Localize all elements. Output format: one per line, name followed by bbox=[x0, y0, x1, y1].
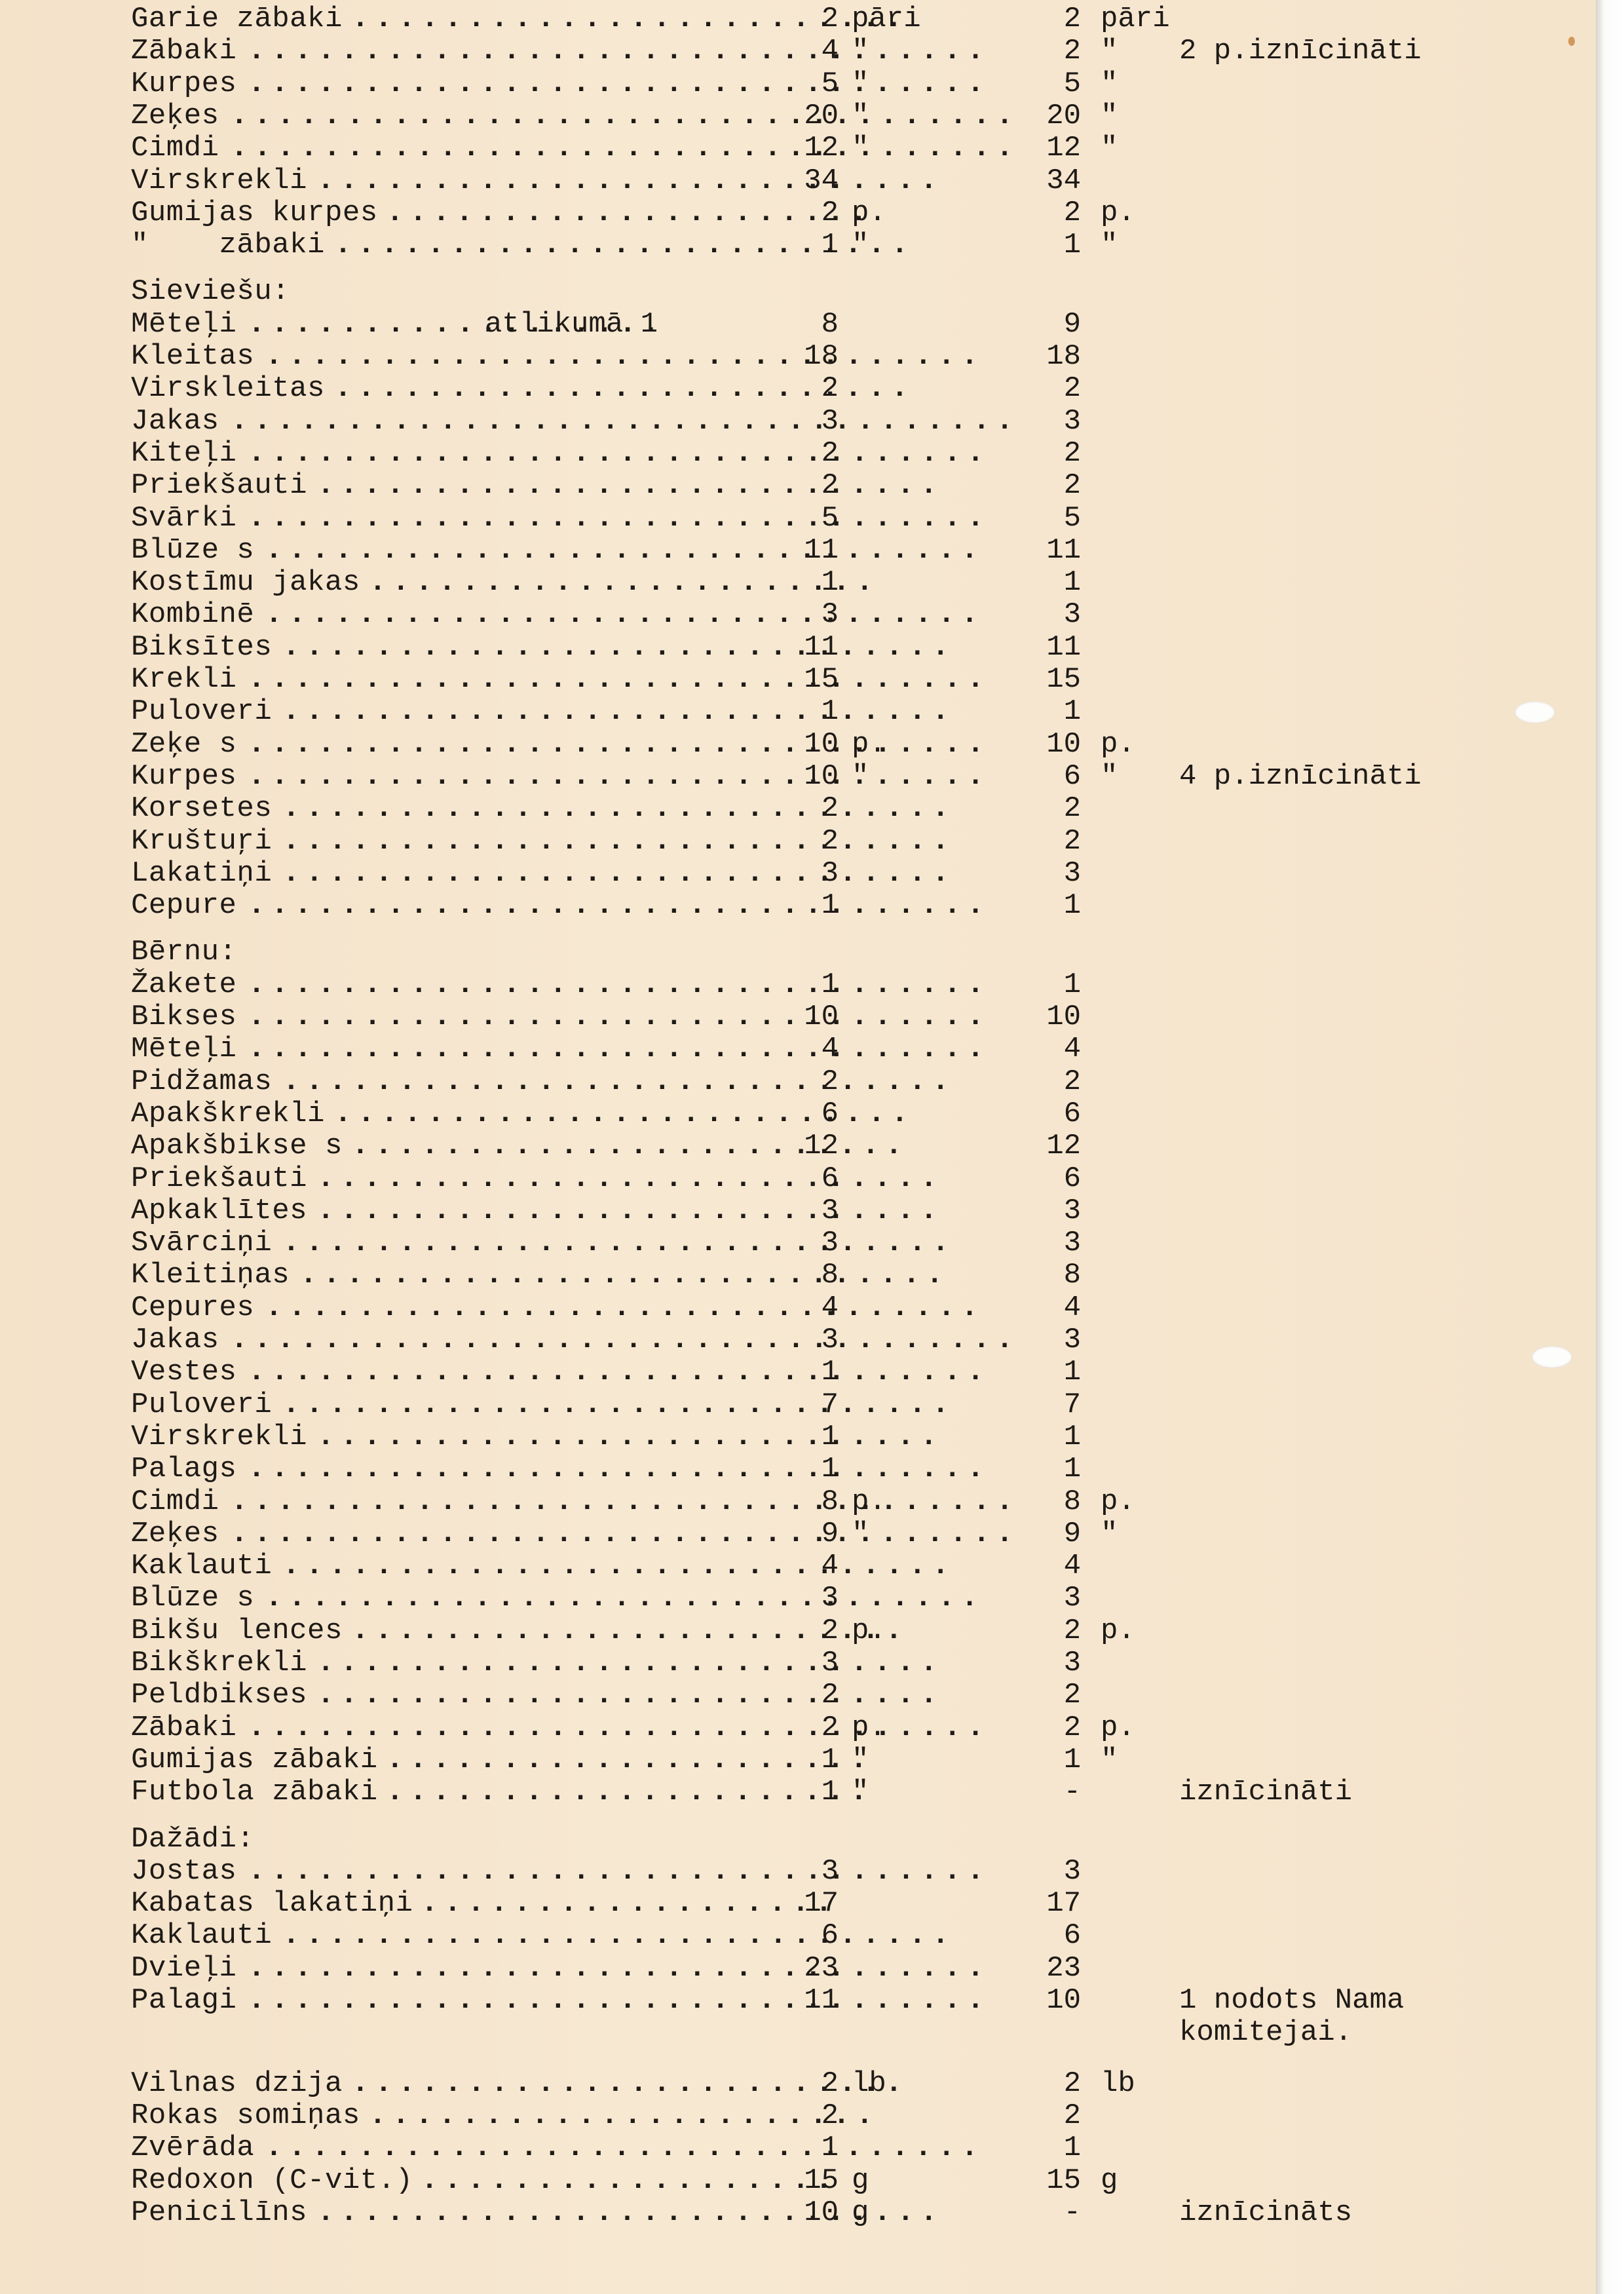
inventory-row: Puloveri.............................11 bbox=[0, 695, 1596, 728]
item-name: Biksītes bbox=[131, 631, 272, 664]
inventory-row: Kurpes................................10… bbox=[0, 760, 1596, 793]
item-name: Kurpes bbox=[131, 67, 236, 100]
remark-continuation: komitejai. bbox=[0, 2016, 1596, 2049]
qty-before: 1 bbox=[760, 1356, 839, 1388]
inventory-row: Puloveri.............................77 bbox=[0, 1388, 1596, 1421]
dot-leader: ........................... bbox=[317, 469, 943, 502]
item-name: Jakas bbox=[131, 405, 219, 438]
item-name: Lakatiņi bbox=[131, 857, 272, 890]
item-name: Mēteļi bbox=[131, 308, 236, 341]
qty-after: 8 bbox=[1002, 1259, 1081, 1291]
dot-leader: .................................. bbox=[231, 100, 1019, 132]
qty-after: 12 bbox=[1002, 1130, 1081, 1162]
item-name: Gumijas kurpes bbox=[131, 197, 378, 229]
item-name: Puloveri bbox=[131, 695, 272, 728]
item-name: Bikšu lences bbox=[131, 1615, 343, 1647]
inventory-row: Bikšu lences........................2p.2… bbox=[0, 1615, 1596, 1647]
unit-before: " bbox=[852, 1776, 869, 1808]
unit-after: " bbox=[1101, 760, 1118, 793]
qty-before: 18 bbox=[760, 340, 839, 373]
inventory-row: Biksītes.............................111… bbox=[0, 631, 1596, 664]
qty-after: 2 bbox=[1002, 3, 1081, 35]
unit-after: " bbox=[1101, 67, 1118, 100]
inventory-row: Korsetes.............................22 bbox=[0, 792, 1596, 825]
dot-leader: ................................ bbox=[248, 1855, 990, 1888]
dot-leader: ............................. bbox=[282, 1227, 955, 1259]
dot-leader: .................. bbox=[248, 308, 665, 341]
qty-after: 2 bbox=[1002, 35, 1081, 67]
qty-after: 1 bbox=[1002, 2132, 1081, 2164]
qty-after: 5 bbox=[1002, 67, 1081, 100]
item-name: Bikses bbox=[131, 1001, 236, 1033]
item-name: Virskrekli bbox=[131, 1421, 307, 1453]
item-name: Zābaki bbox=[131, 1711, 236, 1744]
qty-after: 7 bbox=[1002, 1388, 1081, 1421]
item-name: Redoxon (C-vit.) bbox=[131, 2164, 413, 2197]
qty-before: 6 bbox=[760, 1919, 839, 1952]
unit-before: lb bbox=[852, 2067, 886, 2100]
qty-before: 3 bbox=[760, 405, 839, 438]
dot-leader: .................................. bbox=[231, 1518, 1019, 1550]
inventory-row: Žakete................................11 bbox=[0, 968, 1596, 1001]
item-name: Apkaklītes bbox=[131, 1195, 307, 1227]
qty-before: 2 bbox=[760, 197, 839, 229]
dot-leader: ............................. bbox=[282, 1065, 955, 1098]
item-name: Virskrekli bbox=[131, 164, 307, 197]
unit-before: p. bbox=[852, 197, 886, 229]
qty-after: 17 bbox=[1002, 1887, 1081, 1920]
remark: 4 p.iznīcināti bbox=[1179, 760, 1422, 793]
item-name: Zeķes bbox=[131, 100, 219, 132]
item-name: Bikškrekli bbox=[131, 1647, 307, 1679]
item-name: Krekli bbox=[131, 663, 236, 696]
item-name: Vilnas dzija bbox=[131, 2067, 343, 2100]
dot-leader: ............................. bbox=[282, 1550, 955, 1582]
qty-before: 3 bbox=[760, 1195, 839, 1227]
unit-before: p. bbox=[852, 1711, 886, 1744]
qty-after: 20 bbox=[1002, 100, 1081, 132]
section-heading: Bērnu: bbox=[0, 936, 1596, 968]
inventory-row: Kaklauti.............................66 bbox=[0, 1919, 1596, 1952]
item-name: Apakšbikse s bbox=[131, 1130, 343, 1162]
dot-leader: ................................ bbox=[248, 889, 990, 922]
qty-before: 2 bbox=[760, 3, 839, 35]
qty-after: 4 bbox=[1002, 1033, 1081, 1065]
item-name: Kleitiņas bbox=[131, 1259, 290, 1291]
qty-after: 2 bbox=[1002, 1679, 1081, 1711]
qty-before: 10 bbox=[760, 760, 839, 793]
qty-before: 1 bbox=[760, 1453, 839, 1485]
qty-after: 1 bbox=[1002, 695, 1081, 728]
item-name: Mēteļi bbox=[131, 1033, 236, 1065]
qty-before: 5 bbox=[760, 502, 839, 535]
qty-after: 2 bbox=[1002, 2067, 1081, 2100]
item-name: Zvērāda bbox=[131, 2132, 254, 2164]
dot-leader: ................................ bbox=[248, 502, 990, 535]
qty-before: 3 bbox=[760, 1855, 839, 1888]
unit-before: " bbox=[852, 760, 869, 793]
inventory-row: Bikses................................10… bbox=[0, 1001, 1596, 1033]
qty-after: 2 bbox=[1002, 2099, 1081, 2132]
qty-before: 1 bbox=[760, 968, 839, 1001]
qty-before: 2 bbox=[760, 2099, 839, 2132]
item-name: Vestes bbox=[131, 1356, 236, 1388]
qty-before: 23 bbox=[760, 1952, 839, 1985]
item-name: Kaklauti bbox=[131, 1550, 272, 1582]
dot-leader: ........................... bbox=[317, 1647, 943, 1679]
qty-before: 1 bbox=[760, 1744, 839, 1776]
inventory-row: Vilnas dzija........................2lb2… bbox=[0, 2067, 1596, 2100]
inventory-row: Kiteļi................................22 bbox=[0, 437, 1596, 470]
qty-before: 5 bbox=[760, 67, 839, 100]
qty-after: 10 bbox=[1002, 1984, 1081, 2017]
remark: 2 p.iznīcināti bbox=[1179, 35, 1422, 67]
qty-after: - bbox=[1002, 2196, 1081, 2229]
qty-before: 20 bbox=[760, 100, 839, 132]
item-name: Apakškrekli bbox=[131, 1098, 325, 1130]
inventory-row: Apkaklītes...........................33 bbox=[0, 1195, 1596, 1227]
qty-before: 1 bbox=[760, 695, 839, 728]
inventory-row: Kurpes................................5"… bbox=[0, 67, 1596, 100]
qty-after: 11 bbox=[1002, 534, 1081, 567]
inventory-row: Peldbikses...........................22 bbox=[0, 1679, 1596, 1711]
item-name: Kurpes bbox=[131, 760, 236, 793]
qty-after: 1 bbox=[1002, 889, 1081, 922]
unit-after: " bbox=[1101, 1518, 1118, 1550]
dot-leader: ................................ bbox=[248, 968, 990, 1001]
dot-leader: ........................... bbox=[317, 2196, 943, 2229]
qty-before: 10 bbox=[760, 728, 839, 761]
dot-leader: ............................. bbox=[282, 1388, 955, 1421]
item-name: Peldbikses bbox=[131, 1679, 307, 1711]
qty-after: 1 bbox=[1002, 1744, 1081, 1776]
item-name: Svārki bbox=[131, 502, 236, 535]
qty-after: 23 bbox=[1002, 1952, 1081, 1985]
qty-after: 3 bbox=[1002, 1855, 1081, 1888]
qty-before: 1 bbox=[760, 1421, 839, 1453]
unit-after: " bbox=[1101, 35, 1118, 67]
qty-before: 1 bbox=[760, 889, 839, 922]
unit-after: g bbox=[1101, 2164, 1118, 2197]
qty-before: 2 bbox=[760, 1679, 839, 1711]
item-name: Kruštuŗi bbox=[131, 825, 272, 858]
dot-leader: ............................. bbox=[282, 631, 955, 664]
item-name: Kaklauti bbox=[131, 1919, 272, 1952]
qty-after: - bbox=[1002, 1776, 1081, 1808]
item-name: Futbola zābaki bbox=[131, 1776, 378, 1808]
item-name: Garie zābaki bbox=[131, 3, 343, 35]
dot-leader: ................................ bbox=[248, 67, 990, 100]
inventory-row: Zvērāda...............................11 bbox=[0, 2132, 1596, 2164]
qty-after: 6 bbox=[1002, 1919, 1081, 1952]
qty-before: 12 bbox=[760, 1130, 839, 1162]
qty-after: 15 bbox=[1002, 663, 1081, 696]
qty-before: 3 bbox=[760, 857, 839, 890]
dot-leader: ................................ bbox=[248, 760, 990, 793]
qty-before: 3 bbox=[760, 1227, 839, 1259]
item-name: Cepures bbox=[131, 1291, 254, 1324]
dot-leader: ........................... bbox=[317, 1421, 943, 1453]
qty-after: 3 bbox=[1002, 405, 1081, 438]
qty-before: 8 bbox=[760, 1485, 839, 1518]
item-name: Dvieļi bbox=[131, 1952, 236, 1985]
inventory-row: Virskrekli...........................11 bbox=[0, 1421, 1596, 1453]
qty-after: 2 bbox=[1002, 1065, 1081, 1098]
item-name: Priekšauti bbox=[131, 469, 307, 502]
paper-edge bbox=[1596, 0, 1624, 2294]
dot-leader: ................................ bbox=[248, 663, 990, 696]
qty-before: 2 bbox=[760, 1711, 839, 1744]
item-name: Cimdi bbox=[131, 132, 219, 164]
qty-before: 3 bbox=[760, 1582, 839, 1615]
inventory-row: Gumijas zābaki.....................1"1" bbox=[0, 1744, 1596, 1776]
unit-after: p. bbox=[1101, 1485, 1135, 1518]
unit-before: " bbox=[852, 67, 869, 100]
qty-before: 11 bbox=[760, 1984, 839, 2017]
inventory-row: Jostas................................33 bbox=[0, 1855, 1596, 1888]
inventory-row: Zeķes..................................9… bbox=[0, 1518, 1596, 1550]
qty-after: 2 bbox=[1002, 1615, 1081, 1647]
unit-after: " bbox=[1101, 100, 1118, 132]
item-name: Kabatas lakatiņi bbox=[131, 1887, 413, 1920]
qty-before: 1 bbox=[760, 2132, 839, 2164]
item-name: Penicilīns bbox=[131, 2196, 307, 2229]
dot-leader: .................................. bbox=[231, 1324, 1019, 1356]
dot-leader: ............................... bbox=[265, 2132, 985, 2164]
qty-before: 17 bbox=[760, 1887, 839, 1920]
inventory-row: Mēteļi................................44 bbox=[0, 1033, 1596, 1065]
qty-after: 9 bbox=[1002, 1518, 1081, 1550]
qty-before: 1 bbox=[760, 566, 839, 599]
remark: iznīcināts bbox=[1179, 2196, 1352, 2229]
qty-before: 10 bbox=[760, 2196, 839, 2229]
dot-leader: ............................. bbox=[282, 695, 955, 728]
qty-after: 3 bbox=[1002, 1582, 1081, 1615]
qty-after: 1 bbox=[1002, 1421, 1081, 1453]
dot-leader: ............................... bbox=[265, 534, 985, 567]
inventory-row: Jakas..................................3… bbox=[0, 405, 1596, 438]
qty-before: 15 bbox=[760, 663, 839, 696]
dot-leader: ................................ bbox=[248, 437, 990, 470]
inventory-row: Rokas somiņas......................22 bbox=[0, 2099, 1596, 2132]
dot-leader: ............................... bbox=[265, 1291, 985, 1324]
section-title: Sieviešu: bbox=[131, 275, 290, 308]
qty-after: 10 bbox=[1002, 1001, 1081, 1033]
inventory-row: Priekšauti...........................66 bbox=[0, 1162, 1596, 1195]
inventory-row: Redoxon (C-vit.)..................15g15g bbox=[0, 2164, 1596, 2197]
unit-after: p. bbox=[1101, 1711, 1135, 1744]
inventory-row: Kleitiņas............................88 bbox=[0, 1259, 1596, 1291]
qty-after: 18 bbox=[1002, 340, 1081, 373]
qty-before: 4 bbox=[760, 35, 839, 67]
qty-before: 15 bbox=[760, 2164, 839, 2197]
qty-before: 1 bbox=[760, 229, 839, 261]
dot-leader: .................................. bbox=[231, 405, 1019, 438]
qty-before: 2 bbox=[760, 825, 839, 858]
item-name: Kleitas bbox=[131, 340, 254, 373]
dot-leader: ........................... bbox=[317, 1162, 943, 1195]
qty-before: 3 bbox=[760, 1647, 839, 1679]
inventory-row: Garie zābaki........................2pār… bbox=[0, 3, 1596, 35]
inventory-row: Zeķes..................................2… bbox=[0, 100, 1596, 132]
inventory-row: Bikškrekli...........................33 bbox=[0, 1647, 1596, 1679]
qty-after: 12 bbox=[1002, 132, 1081, 164]
qty-before: 2 bbox=[760, 1615, 839, 1647]
item-name: Palagi bbox=[131, 1984, 236, 2017]
qty-before: 2 bbox=[760, 792, 839, 825]
inventory-row: Zābaki................................4"… bbox=[0, 35, 1596, 67]
qty-after: 2 bbox=[1002, 372, 1081, 405]
qty-after: 2 bbox=[1002, 1711, 1081, 1744]
qty-after: 2 bbox=[1002, 469, 1081, 502]
dot-leader: ............................. bbox=[282, 825, 955, 858]
qty-after: 11 bbox=[1002, 631, 1081, 664]
item-name: Svārciņi bbox=[131, 1227, 272, 1259]
dot-leader: .................................. bbox=[231, 132, 1019, 164]
qty-after: 34 bbox=[1002, 164, 1081, 197]
qty-after: 4 bbox=[1002, 1291, 1081, 1324]
dot-leader: ........................... bbox=[317, 1195, 943, 1227]
unit-after: " bbox=[1101, 132, 1118, 164]
item-name: Rokas somiņas bbox=[131, 2099, 360, 2132]
qty-after: 5 bbox=[1002, 502, 1081, 535]
item-name: Cepure bbox=[131, 889, 236, 922]
dot-leader: ............................. bbox=[282, 1919, 955, 1952]
qty-before: 34 bbox=[760, 164, 839, 197]
dot-leader: ............................... bbox=[265, 1582, 985, 1615]
dot-leader: ............................ bbox=[300, 1259, 949, 1291]
inventory-row: Blūze s...............................11… bbox=[0, 534, 1596, 567]
inventory-row: Penicilīns...........................10g… bbox=[0, 2196, 1596, 2229]
inventory-row: Jakas..................................3… bbox=[0, 1324, 1596, 1356]
qty-after: 2 bbox=[1002, 197, 1081, 229]
item-name: Žakete bbox=[131, 968, 236, 1001]
qty-after: 10 bbox=[1002, 728, 1081, 761]
item-name: Blūze s bbox=[131, 534, 254, 567]
unit-before: p. bbox=[852, 728, 886, 761]
qty-before: 10 bbox=[760, 1001, 839, 1033]
qty-after: 15 bbox=[1002, 2164, 1081, 2197]
qty-after: 6 bbox=[1002, 1098, 1081, 1130]
qty-after: 2 bbox=[1002, 825, 1081, 858]
unit-after: p. bbox=[1101, 1615, 1135, 1647]
item-name: Jostas bbox=[131, 1855, 236, 1888]
item-name: Palags bbox=[131, 1453, 236, 1485]
qty-before: 8 bbox=[760, 1259, 839, 1291]
qty-before: 2 bbox=[760, 2067, 839, 2100]
qty-after: 6 bbox=[1002, 760, 1081, 793]
qty-before: 6 bbox=[760, 1162, 839, 1195]
qty-before: 6 bbox=[760, 1098, 839, 1130]
qty-after: 9 bbox=[1002, 308, 1081, 341]
inventory-row: Mēteļiatlikumā 1..................89 bbox=[0, 308, 1596, 341]
qty-before: 2 bbox=[760, 372, 839, 405]
qty-after: 3 bbox=[1002, 1227, 1081, 1259]
unit-before: g bbox=[852, 2196, 869, 2229]
dot-leader: ............................... bbox=[265, 340, 985, 373]
remark: 1 nodots Nama bbox=[1179, 1984, 1404, 2017]
item-name: Priekšauti bbox=[131, 1162, 307, 1195]
qty-after: 3 bbox=[1002, 857, 1081, 890]
qty-after: 3 bbox=[1002, 1195, 1081, 1227]
unit-before: " bbox=[852, 1744, 869, 1776]
qty-before: 12 bbox=[760, 132, 839, 164]
inventory-row: Apakšbikse s........................1212 bbox=[0, 1130, 1596, 1162]
dot-leader: ................................ bbox=[248, 1356, 990, 1388]
qty-before: 7 bbox=[760, 1388, 839, 1421]
inventory-row: Palagi................................11… bbox=[0, 1984, 1596, 2017]
item-name: Kombinē bbox=[131, 598, 254, 631]
qty-before: 9 bbox=[760, 1518, 839, 1550]
inventory-row: " zābaki.........................1"1" bbox=[0, 229, 1596, 261]
item-name: Virskleitas bbox=[131, 372, 325, 405]
qty-before: 4 bbox=[760, 1550, 839, 1582]
inventory-row: Cimdi..................................1… bbox=[0, 132, 1596, 164]
item-name: Cimdi bbox=[131, 1485, 219, 1518]
qty-before: 2 bbox=[760, 437, 839, 470]
inventory-row: Pidžamas.............................22 bbox=[0, 1065, 1596, 1098]
item-name: Blūze s bbox=[131, 1582, 254, 1615]
qty-after: 2 bbox=[1002, 437, 1081, 470]
dot-leader: ................................ bbox=[248, 1952, 990, 1985]
inventory-row: Kabatas lakatiņi..................1717 bbox=[0, 1887, 1596, 1920]
dot-leader: .................................. bbox=[231, 1485, 1019, 1518]
inventory-row: Cimdi..................................8… bbox=[0, 1485, 1596, 1518]
dot-leader: ................................ bbox=[248, 1984, 990, 2017]
unit-before: p. bbox=[852, 1485, 886, 1518]
remark: iznīcināti bbox=[1179, 1776, 1352, 1808]
qty-before: 4 bbox=[760, 1291, 839, 1324]
qty-before: 11 bbox=[760, 534, 839, 567]
inventory-row: Kruštuŗi.............................22 bbox=[0, 825, 1596, 858]
inventory-row: Palags................................11 bbox=[0, 1453, 1596, 1485]
inventory-row: Apakškrekli.........................66 bbox=[0, 1098, 1596, 1130]
dot-leader: ............................. bbox=[282, 792, 955, 825]
inventory-row: Blūze s...............................33 bbox=[0, 1582, 1596, 1615]
inventory-row: Priekšauti...........................22 bbox=[0, 469, 1596, 502]
unit-before: " bbox=[852, 35, 869, 67]
item-name: Gumijas zābaki bbox=[131, 1744, 378, 1776]
inventory-row: Kleitas...............................18… bbox=[0, 340, 1596, 373]
section-title: Bērnu: bbox=[131, 936, 236, 968]
item-name: Korsetes bbox=[131, 792, 272, 825]
inventory-row: Cepures...............................44 bbox=[0, 1291, 1596, 1324]
unit-after: lb bbox=[1101, 2067, 1135, 2100]
unit-before: pāri bbox=[852, 3, 921, 35]
inventory-row: Zeķe s................................10… bbox=[0, 728, 1596, 761]
dot-leader: ................................ bbox=[248, 1001, 990, 1033]
qty-after: 3 bbox=[1002, 1647, 1081, 1679]
remark: komitejai. bbox=[1179, 2016, 1352, 2049]
qty-after: 1 bbox=[1002, 968, 1081, 1001]
qty-before: 2 bbox=[760, 1065, 839, 1098]
unit-after: p. bbox=[1101, 728, 1135, 761]
qty-before: 4 bbox=[760, 1033, 839, 1065]
item-name: Kostīmu jakas bbox=[131, 566, 360, 599]
unit-after: pāri bbox=[1101, 3, 1170, 35]
item-name: " zābaki bbox=[131, 229, 325, 261]
unit-after: p. bbox=[1101, 197, 1135, 229]
unit-before: " bbox=[852, 132, 869, 164]
inventory-row: Kombinē...............................33 bbox=[0, 598, 1596, 631]
item-name: Puloveri bbox=[131, 1388, 272, 1421]
qty-before: 3 bbox=[760, 1324, 839, 1356]
item-name: Zeķes bbox=[131, 1518, 219, 1550]
qty-before: 2 bbox=[760, 469, 839, 502]
item-name: Zābaki bbox=[131, 35, 236, 67]
inventory-row: Kostīmu jakas......................11 bbox=[0, 566, 1596, 599]
unit-before: g bbox=[852, 2164, 869, 2197]
